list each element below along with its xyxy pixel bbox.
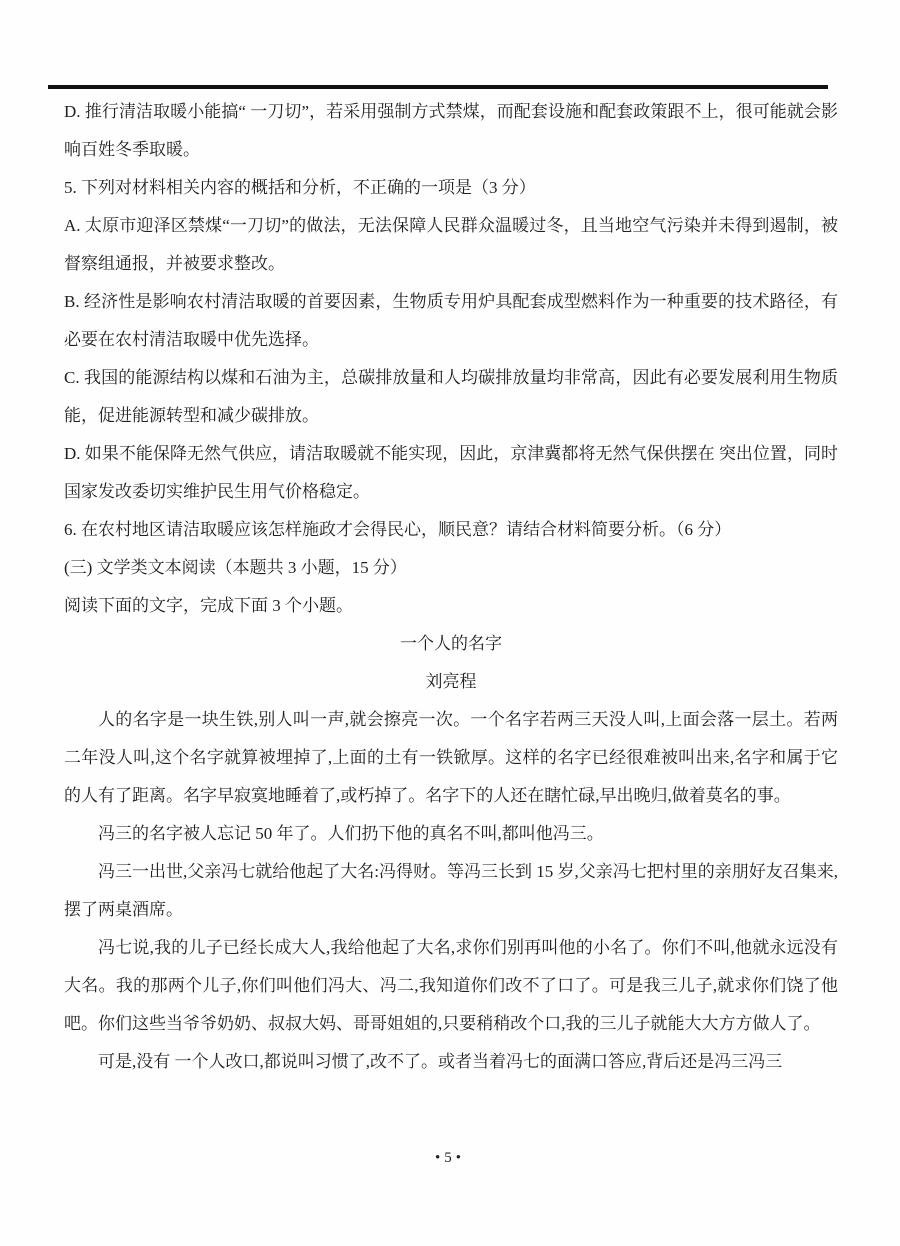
story-title: 一个人的名字	[64, 625, 838, 663]
question-5-option-d: D. 如果不能保降无然气供应，请洁取暖就不能实现，因此，京津冀都将无然气保供摆在…	[64, 435, 838, 511]
page-number: •5•	[0, 1150, 900, 1167]
option-d-continuation: D. 推行清洁取暖小能搞“ 一刀切”，若采用强制方式禁煤，而配套设施和配套政策跟…	[64, 93, 838, 169]
question-6: 6. 在农村地区请洁取暖应该怎样施政才会得民心，顺民意？请结合材料简要分析。（6…	[64, 511, 838, 549]
story-paragraph-3: 冯三一出世,父亲冯七就给他起了大名:冯得财。等冯三长到 15 岁,父亲冯七把村里…	[64, 853, 838, 929]
exam-paper-page: D. 推行清洁取暖小能搞“ 一刀切”，若采用强制方式禁煤，而配套设施和配套政策跟…	[0, 0, 900, 1246]
story-paragraph-5: 可是,没有 一个人改口,都说叫习惯了,改不了。或者当着冯七的面满口答应,背后还是…	[64, 1043, 838, 1081]
story-paragraph-2: 冯三的名字被人忘记 50 年了。人们扔下他的真名不叫,都叫他冯三。	[64, 815, 838, 853]
story-paragraph-4: 冯七说,我的儿子已经长成大人,我给他起了大名,求你们别再叫他的小名了。你们不叫,…	[64, 929, 838, 1043]
section-heading: (三) 文学类文本阅读（本题共 3 小题，15 分）	[64, 549, 838, 587]
question-5-option-a: A. 太原市迎泽区禁煤“一刀切”的做法，无法保障人民群众温暖过冬，且当地空气污染…	[64, 207, 838, 283]
reading-instruction: 阅读下面的文字，完成下面 3 个小题。	[64, 587, 838, 625]
story-paragraph-1: 人的名字是一块生铁,别人叫一声,就会擦亮一次。一个名字若两三天没人叫,上面会落一…	[64, 701, 838, 815]
header-divider	[48, 85, 828, 89]
story-author: 刘亮程	[64, 663, 838, 701]
question-5-option-c: C. 我国的能源结构以煤和石油为主，总碳排放量和人均碳排放量均非常高，因此有必要…	[64, 359, 838, 435]
question-5-option-b: B. 经济性是影响农村清洁取暖的首要因素，生物质专用炉具配套成型燃料作为一种重要…	[64, 283, 838, 359]
page-content: D. 推行清洁取暖小能搞“ 一刀切”，若采用强制方式禁煤，而配套设施和配套政策跟…	[64, 93, 838, 1081]
question-5: 5. 下列对材料相关内容的概括和分析，不正确的一项是（3 分）	[64, 169, 838, 207]
